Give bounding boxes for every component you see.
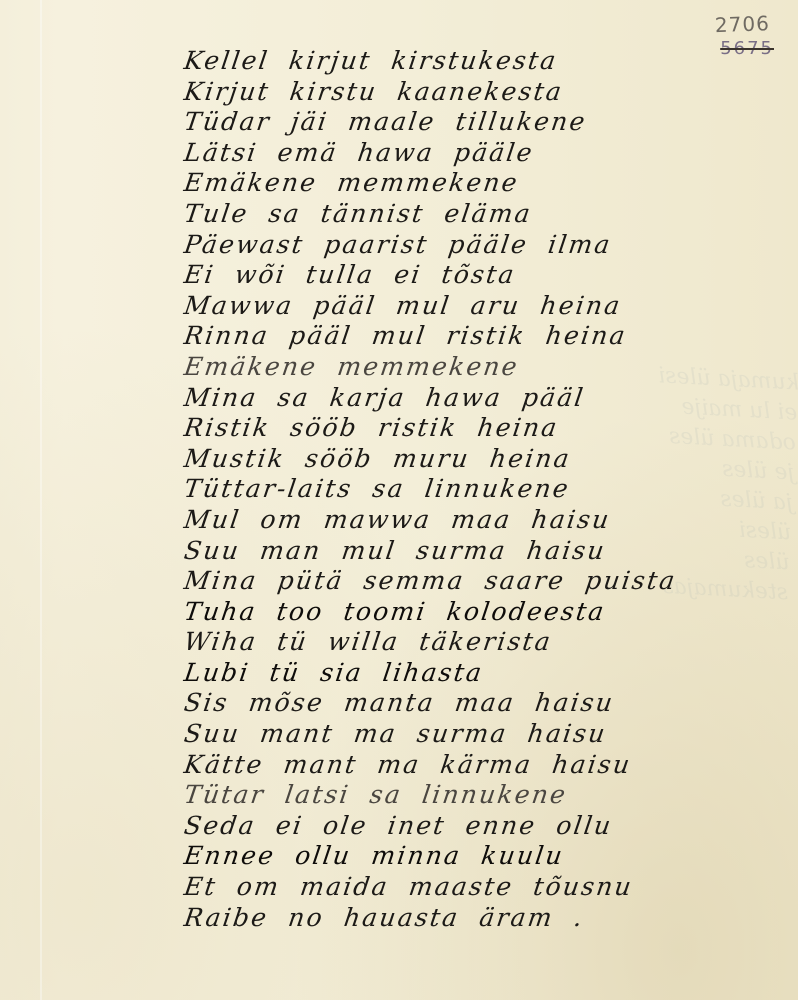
poem-line: Tule sa tännist eläma — [182, 199, 679, 230]
poem-line: Tüdar jäi maale tillukene — [182, 107, 679, 138]
poem-line: Mustik sööb muru heina — [182, 444, 679, 475]
poem-line: Emäkene memmekene — [182, 352, 679, 383]
poem-line: Lubi tü sia lihasta — [182, 658, 679, 689]
poem-line: Seda ei ole inet enne ollu — [182, 811, 679, 842]
poem-line: Tütar latsi sa linnukene — [182, 780, 679, 811]
poem-line: Lätsi emä hawa pääle — [182, 138, 679, 169]
poem-line: Mul om mawwa maa haisu — [182, 505, 679, 536]
poem-line: Kellel kirjut kirstukesta — [182, 46, 679, 77]
poem-line: Mina sa karja hawa pääl — [182, 383, 679, 414]
poem-line: Kätte mant ma kärma haisu — [182, 750, 679, 781]
poem-line: Tuha too toomi kolodeesta — [182, 597, 679, 628]
paper-fold-line — [40, 0, 42, 1000]
poem-line: Et om maida maaste tõusnu — [182, 872, 679, 903]
poem-line: Ristik sööb ristik heina — [182, 413, 679, 444]
poem-line: Emäkene memmekene — [182, 168, 679, 199]
poem-line: Kirjut kirstu kaanekesta — [182, 77, 679, 108]
handwritten-poem: Kellel kirjut kirstukesta Kirjut kirstu … — [182, 46, 674, 933]
poem-line: Rinna pääl mul ristik heina — [182, 321, 679, 352]
poem-line: Suu man mul surma haisu — [182, 536, 679, 567]
poem-line: Ennee ollu minna kuulu — [182, 841, 679, 872]
manuscript-page: kumaja ülesi ei lu maije odama üles je ü… — [0, 0, 798, 1000]
poem-line: Suu mant ma surma haisu — [182, 719, 679, 750]
poem-line: Tüttar-laits sa linnukene — [182, 474, 679, 505]
archive-number-block: 2706 5675 — [714, 12, 780, 59]
archive-number-crossed-out: 5675 — [714, 38, 780, 59]
poem-line: Wiha tü willa täkerista — [182, 627, 679, 658]
poem-line: Sis mõse manta maa haisu — [182, 688, 679, 719]
poem-line: Raibe no hauasta äram . — [182, 903, 679, 934]
poem-line: Mawwa pääl mul aru heina — [182, 291, 679, 322]
poem-line: Mina pütä semma saare puista — [182, 566, 679, 597]
poem-line: Ei wõi tulla ei tõsta — [182, 260, 679, 291]
archive-number-current: 2706 — [714, 11, 781, 37]
poem-line: Päewast paarist pääle ilma — [182, 230, 679, 261]
